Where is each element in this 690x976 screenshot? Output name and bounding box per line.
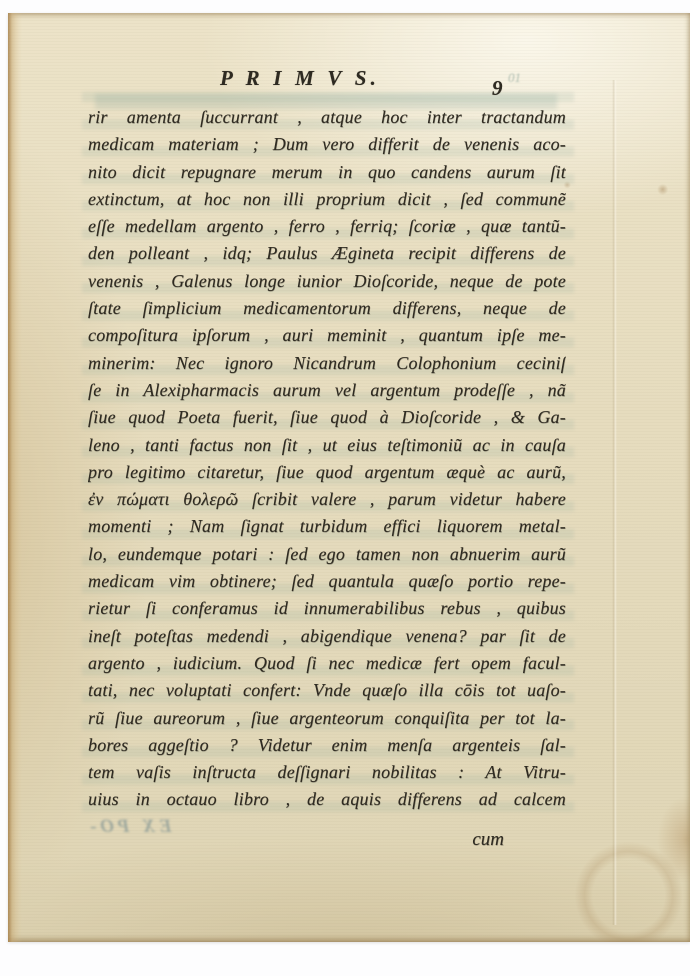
text-line: compoſitura ipſorum , auri meminit , qua…: [88, 322, 566, 349]
text-line: rũ ſiue aureorum , ſiue argenteorum conq…: [88, 705, 566, 732]
text-line: lo, eundemque potari : ſed ego tamen non…: [88, 541, 566, 568]
text-line: nito dicit repugnare merum in quo canden…: [88, 159, 566, 186]
text-line: uius in octauo libro , de aquis differen…: [88, 786, 566, 813]
scanned-book-page: { "colors": { "background": "#fdfdfe", "…: [0, 0, 690, 976]
text-line: minerim: Nec ignoro Nicandrum Colophoniu…: [88, 350, 566, 377]
text-line: venenis , Galenus longe iunior Dioſcorid…: [88, 268, 566, 295]
text-line: tati, nec voluptati confert: Vnde quæſo …: [88, 677, 566, 704]
text-line: ineſt poteſtas medendi , abigendique ven…: [88, 623, 566, 650]
text-block: rir amenta ſuccurrant , atque hoc inter …: [88, 104, 566, 814]
text-line: rir amenta ſuccurrant , atque hoc inter …: [88, 104, 566, 131]
text-line: ſe in Alexipharmacis aurum vel argentum …: [88, 377, 566, 404]
text-line: leno , tanti factus non ſit , ut eius te…: [88, 432, 566, 459]
catchword: cum: [472, 826, 504, 854]
text-line: eſſe medellam argento , ferro , ferriq; …: [88, 213, 566, 240]
text-line: tem vaſis inſtructa deſſignari nobilitas…: [88, 759, 566, 786]
text-line: medicam materiam ; Dum vero differit de …: [88, 131, 566, 158]
text-line: momenti ; Nam ſignat turbidum effici liq…: [88, 513, 566, 540]
text-line: pro legitimo citaretur, ſiue quod argent…: [88, 459, 566, 486]
running-head-title: P R I M V S.: [150, 66, 450, 91]
text-line: medicam vim obtinere; ſed quantula quæſo…: [88, 568, 566, 595]
text-line: bores aggeſtio ? Videtur enim menſa arge…: [88, 732, 566, 759]
text-line: argento , iudicium. Quod ſi nec medicæ f…: [88, 650, 566, 677]
text-line: ſtate ſimplicium medicamentorum differen…: [88, 295, 566, 322]
page-number: 9: [492, 76, 503, 101]
paper-left-edge: [8, 13, 22, 942]
paper-fold-line: [612, 80, 617, 925]
text-line: den polleant , idq; Paulus Ægineta recip…: [88, 240, 566, 267]
text-line: extinctum, at hoc non illi proprium dici…: [88, 186, 566, 213]
catchword-row: cum: [88, 826, 566, 854]
text-line: ſiue quod Poeta fuerit, ſiue quod à Dioſ…: [88, 404, 566, 431]
text-line: ἐν πώματι θολερῶ ſcribit valere , parum …: [88, 486, 566, 513]
text-line: rietur ſi conferamus id innumerabilibus …: [88, 595, 566, 622]
